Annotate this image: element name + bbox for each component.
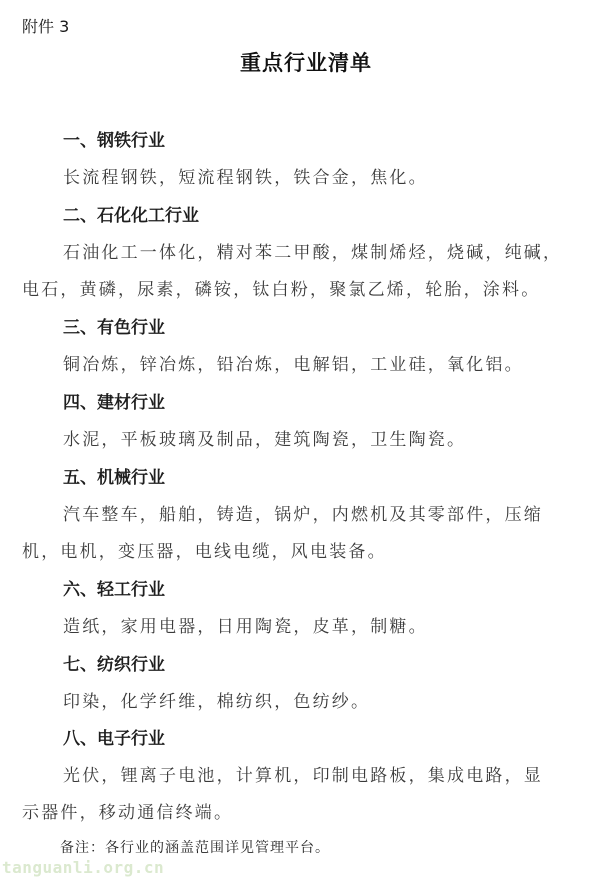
remark-note: 备注：各行业的涵盖范围详见管理平台。 xyxy=(60,837,330,857)
section-heading-steel: 一、钢铁行业 xyxy=(63,126,165,151)
section-heading-machinery: 五、机械行业 xyxy=(63,463,165,488)
section-heading-textile: 七、纺织行业 xyxy=(63,650,165,675)
section-text-machinery-2: 机，电机，变压器，电线电缆，风电装备。 xyxy=(22,537,387,562)
section-text-nonferrous: 铜冶炼，锌冶炼，铅冶炼，电解铝，工业硅，氧化铝。 xyxy=(63,350,524,375)
section-text-electronics-1: 光伏，锂离子电池，计算机，印制电路板，集成电路，显 xyxy=(63,761,543,786)
section-text-textile: 印染，化学纤维，棉纺织，色纺纱。 xyxy=(63,687,370,712)
attachment-label: 附件 3 xyxy=(22,14,69,37)
section-text-electronics-2: 示器件，移动通信终端。 xyxy=(22,798,233,823)
section-heading-nonferrous: 三、有色行业 xyxy=(63,313,165,338)
section-text-petrochem-1: 石油化工一体化，精对苯二甲酸，煤制烯烃，烧碱，纯碱， xyxy=(63,238,562,263)
section-text-light-industry: 造纸，家用电器，日用陶瓷，皮革，制糖。 xyxy=(63,612,428,637)
section-text-petrochem-2: 电石，黄磷，尿素，磷铵，钛白粉，聚氯乙烯，轮胎，涂料。 xyxy=(22,275,540,300)
section-heading-building-materials: 四、建材行业 xyxy=(63,388,165,413)
watermark: tanguanli.org.cn xyxy=(2,858,164,877)
section-text-building-materials: 水泥，平板玻璃及制品，建筑陶瓷，卫生陶瓷。 xyxy=(63,425,466,450)
section-text-machinery-1: 汽车整车，船舶，铸造，锅炉，内燃机及其零部件，压缩 xyxy=(63,500,543,525)
section-heading-electronics: 八、电子行业 xyxy=(63,724,165,749)
section-heading-petrochem: 二、石化化工行业 xyxy=(63,201,199,226)
section-heading-light-industry: 六、轻工行业 xyxy=(63,575,165,600)
section-text-steel: 长流程钢铁，短流程钢铁，铁合金，焦化。 xyxy=(63,163,428,188)
page-title: 重点行业清单 xyxy=(0,47,612,77)
